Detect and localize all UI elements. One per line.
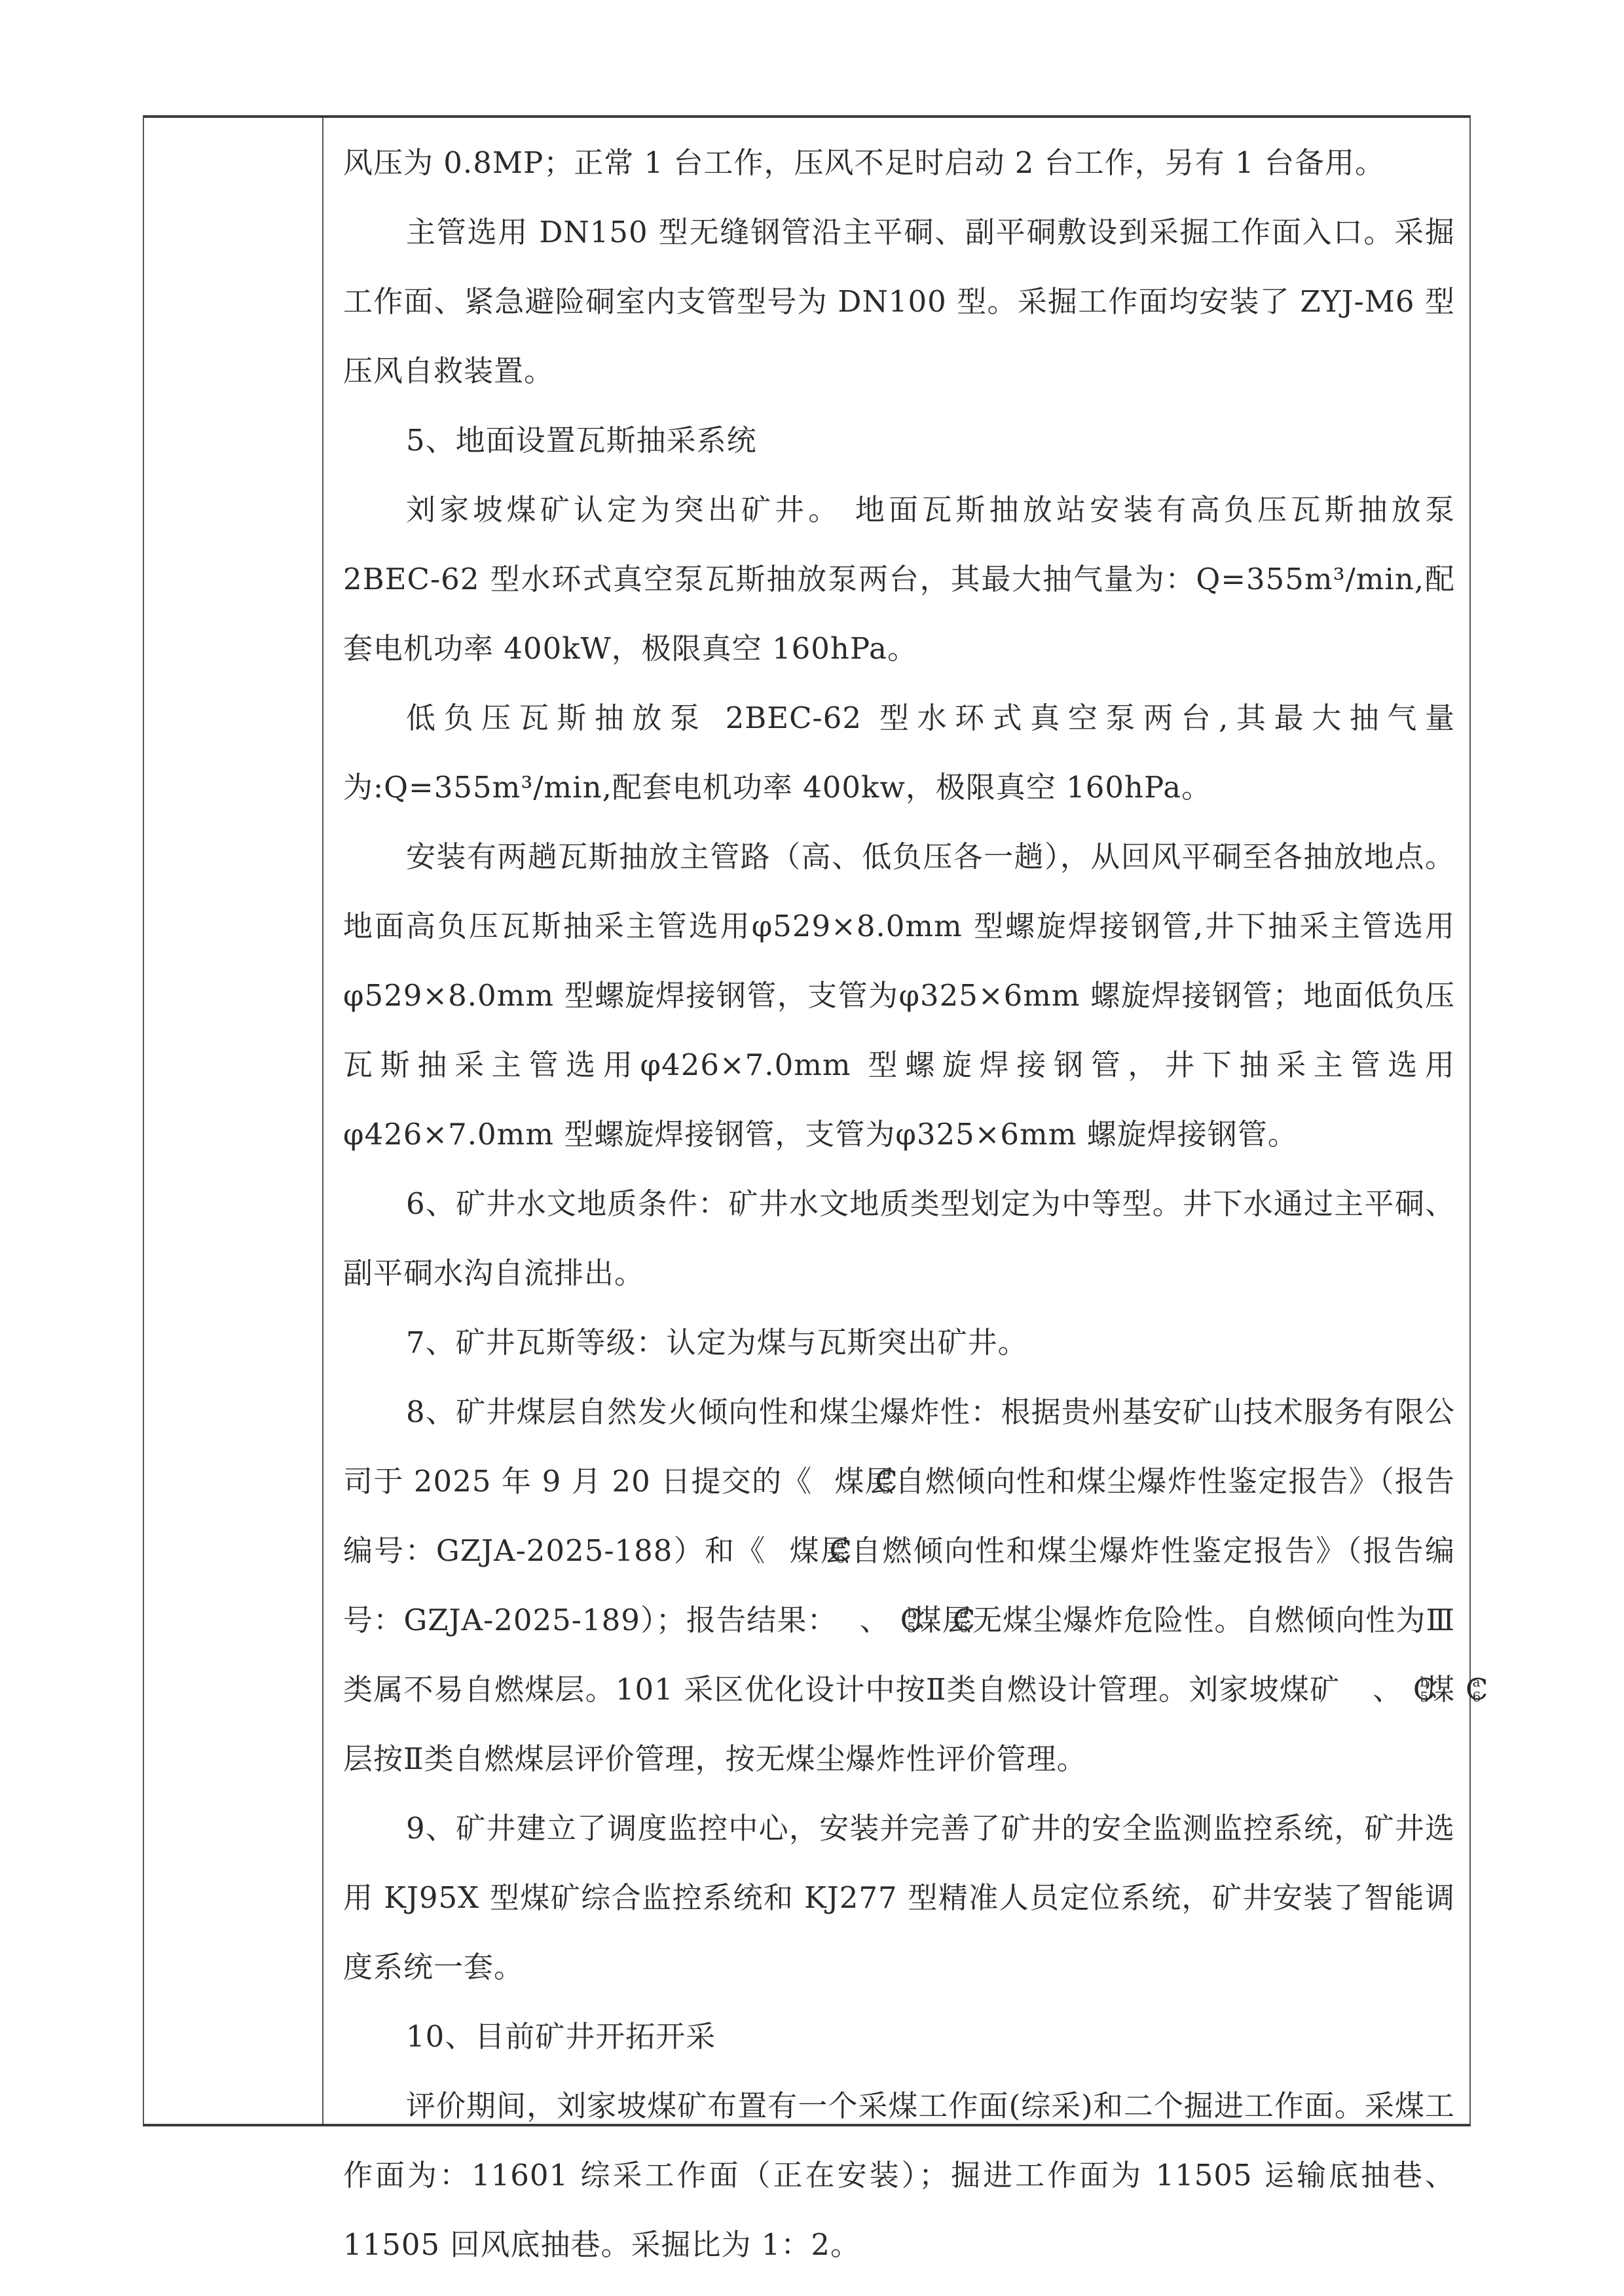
paragraph-hydrogeology: 6、矿井水文地质条件：矿井水文地质类型划定为中等型。井下水通过主平硐、副平硐水沟… (343, 1169, 1455, 1308)
seam-c6a: Ca6 (1403, 1655, 1425, 1724)
seam-c6a: Ca6 (767, 1516, 789, 1586)
seam-c5b: Cb5 (1350, 1655, 1373, 1724)
paragraph-low-pressure-pump: 低负压瓦斯抽放泵 2BEC-62 型水环式真空泵两台,其最大抽气量为:Q=355… (343, 683, 1455, 822)
content-table: 风压为 0.8MP；正常 1 台工作，压风不足时启动 2 台工作，另有 1 台备… (143, 115, 1471, 2126)
heading-gas-drainage: 5、地面设置瓦斯抽采系统 (343, 406, 1455, 475)
paragraph-high-pressure-pump: 刘家坡煤矿认定为突出矿井。 地面瓦斯抽放站安装有高负压瓦斯抽放泵 2BEC-62… (343, 475, 1455, 683)
paragraph-monitoring: 9、矿井建立了调度监控中心，安装并完善了矿井的安全监测监控系统，矿井选用 KJ9… (343, 1794, 1455, 2002)
paragraph-main-pipe: 主管选用 DN150 型无缝钢管沿主平硐、副平硐敷设到采掘工作面入口。采掘工作面… (343, 198, 1455, 406)
seam-c5b: Cb5 (812, 1447, 834, 1516)
paragraph-gas-pipelines: 安装有两趟瓦斯抽放主管路（高、低负压各一趟），从回风平硐至各抽放地点。地面高负压… (343, 822, 1455, 1169)
paragraph-working-faces: 评价期间，刘家坡煤矿布置有一个采煤工作面(综采)和二个掘进工作面。采煤工作面为：… (343, 2071, 1455, 2280)
paragraph-air-pressure: 风压为 0.8MP；正常 1 台工作，压风不足时启动 2 台工作，另有 1 台备… (343, 128, 1455, 198)
table-content-cell: 风压为 0.8MP；正常 1 台工作，压风不足时启动 2 台工作，另有 1 台备… (323, 118, 1469, 2124)
paragraph-spontaneous-combustion: 8、矿井煤层自然发火倾向性和煤尘爆炸性：根据贵州基安矿山技术服务有限公司于 20… (343, 1377, 1455, 1794)
table-label-column (144, 118, 323, 2124)
heading-mining-status: 10、目前矿井开拓开采 (343, 2002, 1455, 2071)
paragraph-gas-grade: 7、矿井瓦斯等级：认定为煤与瓦斯突出矿井。 (343, 1308, 1455, 1377)
seam-c5b: Cb5 (838, 1586, 860, 1655)
seam-c6a: Ca6 (890, 1586, 912, 1655)
